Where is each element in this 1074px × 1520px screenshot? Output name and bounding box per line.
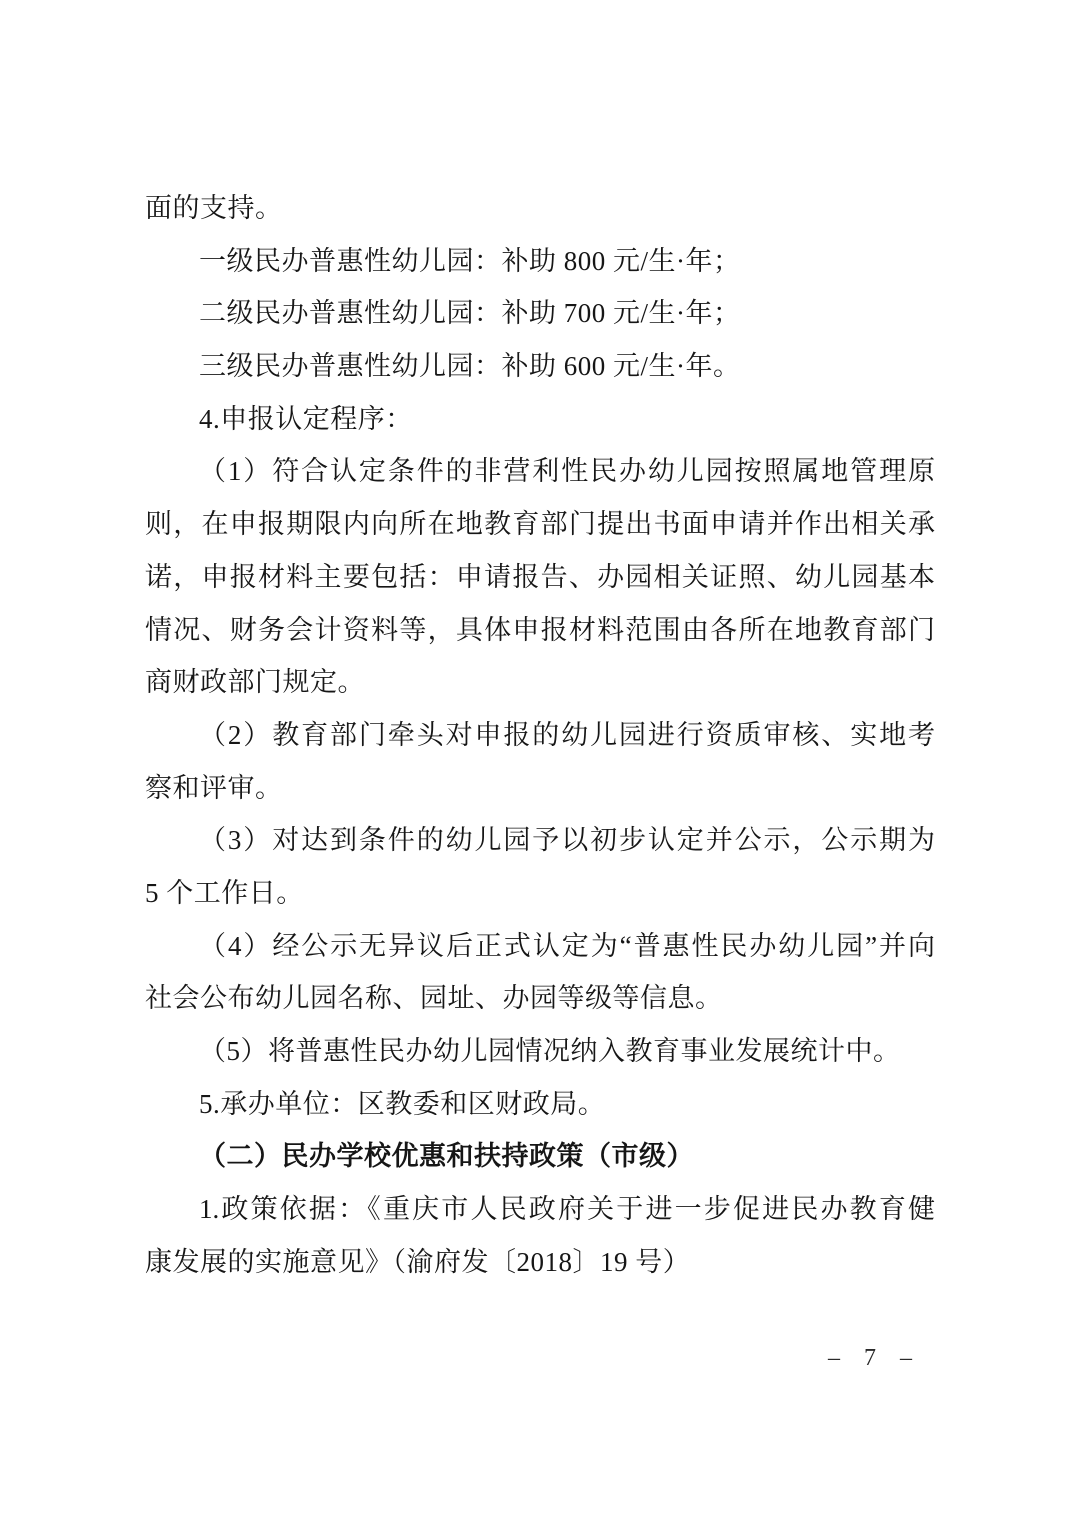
text-line-item5-agency: 5.承办单位：区教委和区财政局。 (145, 1078, 935, 1131)
document-body: 面的支持。 一级民办普惠性幼儿园：补助 800 元/生·年； 二级民办普惠性幼儿… (145, 182, 935, 1288)
text-line-step1-cont: 情况、财务会计资料等，具体申报材料范围由各所在地教育部门 (145, 604, 935, 657)
text-line-step1: （1）符合认定条件的非营利性民办幼儿园按照属地管理原 (145, 445, 935, 498)
text-line-step3: （3）对达到条件的幼儿园予以初步认定并公示，公示期为 (145, 814, 935, 867)
text-line-subsidy-level2: 二级民办普惠性幼儿园：补助 700 元/生·年； (145, 287, 935, 340)
text-line-step2: （2）教育部门牵头对申报的幼儿园进行资质审核、实地考 (145, 709, 935, 762)
text-line-subsidy-level3: 三级民办普惠性幼儿园：补助 600 元/生·年。 (145, 340, 935, 393)
text-line-step5: （5）将普惠性民办幼儿园情况纳入教育事业发展统计中。 (145, 1025, 935, 1078)
text-line-step1-cont: 诺，申报材料主要包括：申请报告、办园相关证照、幼儿园基本 (145, 551, 935, 604)
text-line-step3-end: 5 个工作日。 (145, 867, 935, 920)
document-page: 面的支持。 一级民办普惠性幼儿园：补助 800 元/生·年； 二级民办普惠性幼儿… (0, 0, 1074, 1520)
text-line-step1-end: 商财政部门规定。 (145, 656, 935, 709)
text-line-policy-basis-end: 康发展的实施意见》（渝府发〔2018〕19 号） (145, 1236, 935, 1289)
text-line-policy-basis: 1.政策依据：《重庆市人民政府关于进一步促进民办教育健 (145, 1183, 935, 1236)
text-line-item4-title: 4.申报认定程序： (145, 393, 935, 446)
text-line-step4-end: 社会公布幼儿园名称、园址、办园等级等信息。 (145, 972, 935, 1025)
text-line-continuation: 面的支持。 (145, 182, 935, 235)
section-heading: （二）民办学校优惠和扶持政策（市级） (145, 1130, 935, 1183)
text-line-step4: （4）经公示无异议后正式认定为“普惠性民办幼儿园”并向 (145, 920, 935, 973)
text-line-step1-cont: 则，在申报期限内向所在地教育部门提出书面申请并作出相关承 (145, 498, 935, 551)
page-number: – 7 – (828, 1342, 921, 1374)
text-line-step2-end: 察和评审。 (145, 762, 935, 815)
text-line-subsidy-level1: 一级民办普惠性幼儿园：补助 800 元/生·年； (145, 235, 935, 288)
